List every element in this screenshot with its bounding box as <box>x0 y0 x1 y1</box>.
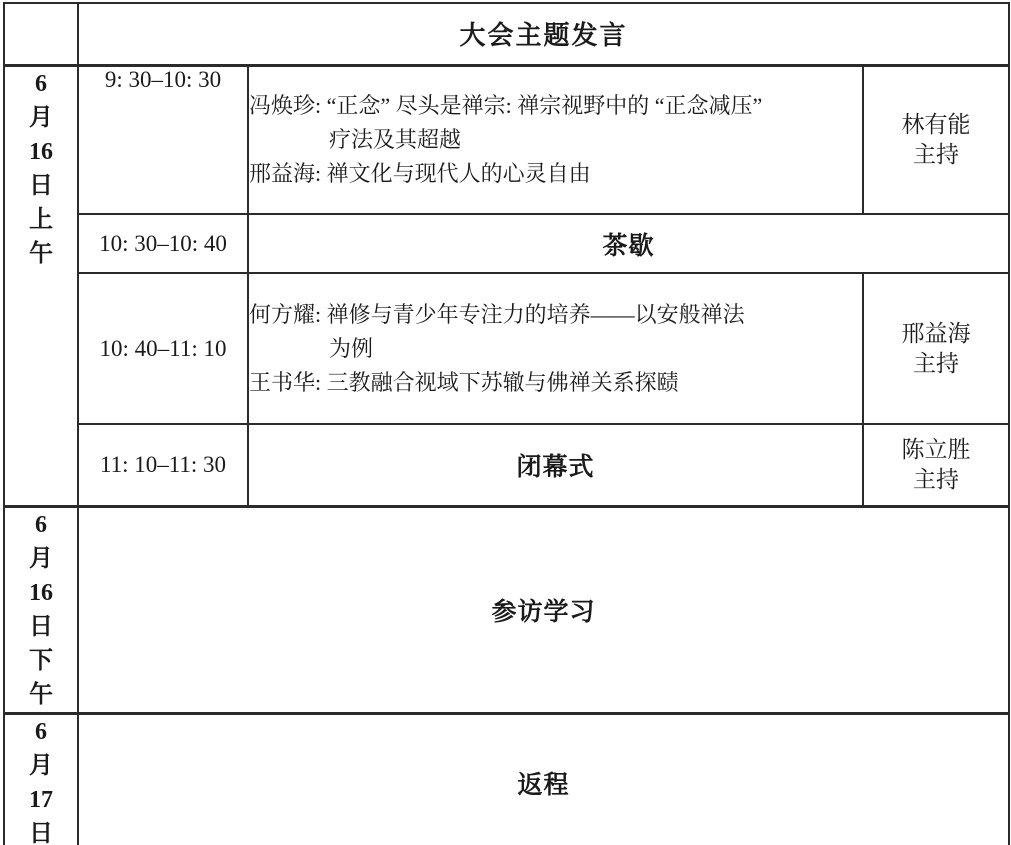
closing-ceremony-label: 闭幕式 <box>248 424 863 506</box>
date-cell-june16-morning: 6 月 16 日 上 午 <box>4 65 78 506</box>
talk-item: 邢益海: 禅文化与现代人的心灵自由 <box>249 157 862 191</box>
moderator-cell-closing: 陈立胜 主持 <box>863 424 1009 506</box>
afternoon-visit-row: 6 月 16 日 下 午 参访学习 <box>4 506 1009 713</box>
table-title: 大会主题发言 <box>78 3 1009 65</box>
keynote-row-2: 10: 40–11: 10 何方耀: 禅修与青少年专注力的培养——以安般禅法 为… <box>4 273 1009 424</box>
conference-schedule-table: 大会主题发言 6 月 16 日 上 午 9: 30–10: 30 冯焕珍: “正… <box>3 2 1010 845</box>
talk-item: 王书华: 三教融合视域下苏辙与佛禅关系探赜 <box>249 366 862 400</box>
corner-cell <box>4 3 78 65</box>
time-cell-session1: 9: 30–10: 30 <box>78 65 248 214</box>
tea-break-row: 10: 30–10: 40 茶歇 <box>4 214 1009 273</box>
talk-item: 何方耀: 禅修与青少年专注力的培养——以安般禅法 为例 <box>249 298 862 366</box>
header-row: 大会主题发言 <box>4 3 1009 65</box>
talk-item: 冯焕珍: “正念” 尽头是禅宗: 禅宗视野中的 “正念减压” 疗法及其超越 <box>249 89 862 157</box>
return-trip-row: 6 月 17 日 返程 <box>4 713 1009 845</box>
talks-cell-session2: 何方耀: 禅修与青少年专注力的培养——以安般禅法 为例 王书华: 三教融合视域下… <box>248 273 863 424</box>
keynote-row-1: 6 月 16 日 上 午 9: 30–10: 30 冯焕珍: “正念” 尽头是禅… <box>4 65 1009 214</box>
talks-cell-session1: 冯焕珍: “正念” 尽头是禅宗: 禅宗视野中的 “正念减压” 疗法及其超越 邢益… <box>248 65 863 214</box>
closing-ceremony-row: 11: 10–11: 30 闭幕式 陈立胜 主持 <box>4 424 1009 506</box>
moderator-cell-session2: 邢益海 主持 <box>863 273 1009 424</box>
time-cell-closing: 11: 10–11: 30 <box>78 424 248 506</box>
moderator-cell-session1: 林有能 主持 <box>863 65 1009 214</box>
tea-break-label: 茶歇 <box>248 214 1009 273</box>
date-cell-june17: 6 月 17 日 <box>4 713 78 845</box>
date-cell-june16-afternoon: 6 月 16 日 下 午 <box>4 506 78 713</box>
visit-study-label: 参访学习 <box>78 506 1009 713</box>
return-trip-label: 返程 <box>78 713 1009 845</box>
time-cell-session2: 10: 40–11: 10 <box>78 273 248 424</box>
schedule-page: 大会主题发言 6 月 16 日 上 午 9: 30–10: 30 冯焕珍: “正… <box>0 2 1011 845</box>
time-cell-tea-break: 10: 30–10: 40 <box>78 214 248 273</box>
